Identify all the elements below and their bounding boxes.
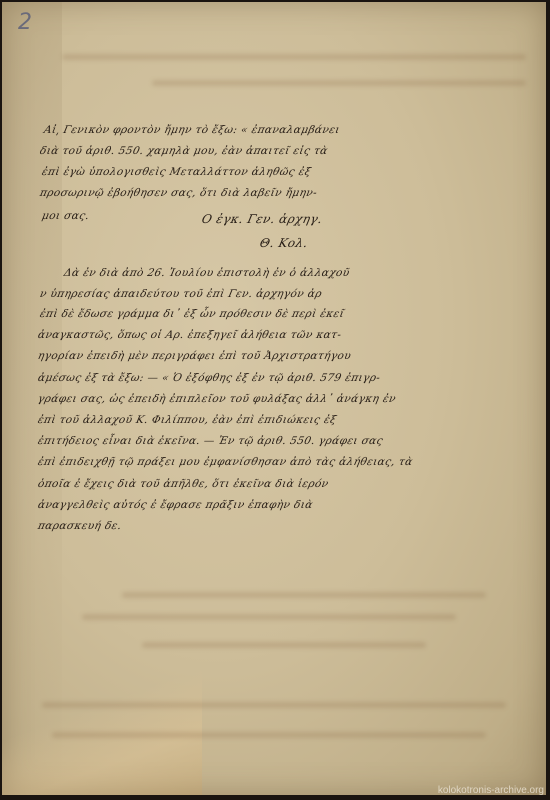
text-line: ἀναγκαστῶς, ὅπως οἱ Αρ. ἐπεξηγεῖ ἀλήθεια… [37, 329, 343, 341]
signature-line: Θ. Κολ. [259, 236, 310, 250]
text-line: προσωρινῷ ἐβοήθησεν σας, ὅτι διὰ λαβεῖν … [39, 187, 319, 199]
text-line: γράφει σας, ὡς ἐπειδὴ ἐπιπλεῖον τοῦ φυλά… [37, 393, 397, 405]
text-line: ηγορίαν ἐπειδὴ μὲν περιγράφει ἐπὶ τοῦ Ἀρ… [37, 350, 353, 362]
text-line: παρασκευή δε. [37, 520, 123, 532]
text-line: ἐπιτήδειος εἶναι διὰ ἐκεῖνα. — Ἐν τῷ ἀρι… [37, 435, 385, 447]
ink-bleed [142, 642, 426, 648]
ink-bleed [152, 80, 526, 86]
text-line: μοι σας. [41, 210, 91, 222]
text-line: ἐπὶ ἐγὼ ὑπολογισθεὶς Μεταλλάττον ἀληθῶς … [41, 166, 312, 178]
text-line: ἀναγγελθεὶς αὐτός ἐ ἔφρασε πρᾶξιν ἐπαφὴν… [37, 499, 314, 511]
text-line: ἀμέσως ἐξ τὰ ἔξω: — « Ὁ ἐξόφθης ἐξ ἐν τῷ… [37, 372, 382, 384]
text-line: Δὰ ἐν διὰ ἀπὸ 26. Ἰουλίου ἐπιστολὴ ἐν ὁ … [63, 267, 351, 279]
page-number: 2 [18, 10, 32, 35]
text-line: διὰ τοῦ ἀριθ. 550. χαμηλὰ μου, ἐὰν ἀπαιτ… [39, 145, 329, 157]
text-line: ὁποῖα ἐ ἔχεις διὰ τοῦ ἀπῆλθε, ὅτι ἐκεῖνα… [37, 478, 330, 490]
text-line: ἐπὶ ἐπιδειχθῇ τῷ πράξει μου ἐμφανίσθησαν… [37, 456, 414, 468]
text-line: ἐπὶ τοῦ ἀλλαχοῦ Κ. Φιλίππου, ἐὰν ἐπὶ ἐπι… [37, 414, 338, 426]
ink-bleed [52, 732, 486, 738]
paper-curl-corner [2, 655, 202, 795]
ink-bleed [62, 54, 526, 60]
manuscript-page: 2 Αἰ͵ Γενικὸν φροντὸν ἤμην τὸ ἔξω: « ἐπα… [2, 2, 546, 795]
signature-line: Ο ἐγκ. Γεν. ἀρχηγ. [201, 212, 324, 226]
watermark: kolokotronis-archive.org [438, 785, 544, 796]
ink-bleed [42, 702, 506, 708]
ink-bleed [82, 614, 456, 620]
ink-bleed [122, 592, 486, 598]
text-line: ν ὑπηρεσίας ἀπαιδεύτου τοῦ ἐπὶ Γεν. ἀρχη… [39, 288, 323, 300]
text-line: ἐπὶ δὲ ἔδωσε γράμμα δι᾽ ἐξ ὧν πρόθεσιν δ… [39, 308, 346, 320]
text-line: Αἰ͵ Γενικὸν φροντὸν ἤμην τὸ ἔξω: « ἐπανα… [43, 124, 341, 136]
